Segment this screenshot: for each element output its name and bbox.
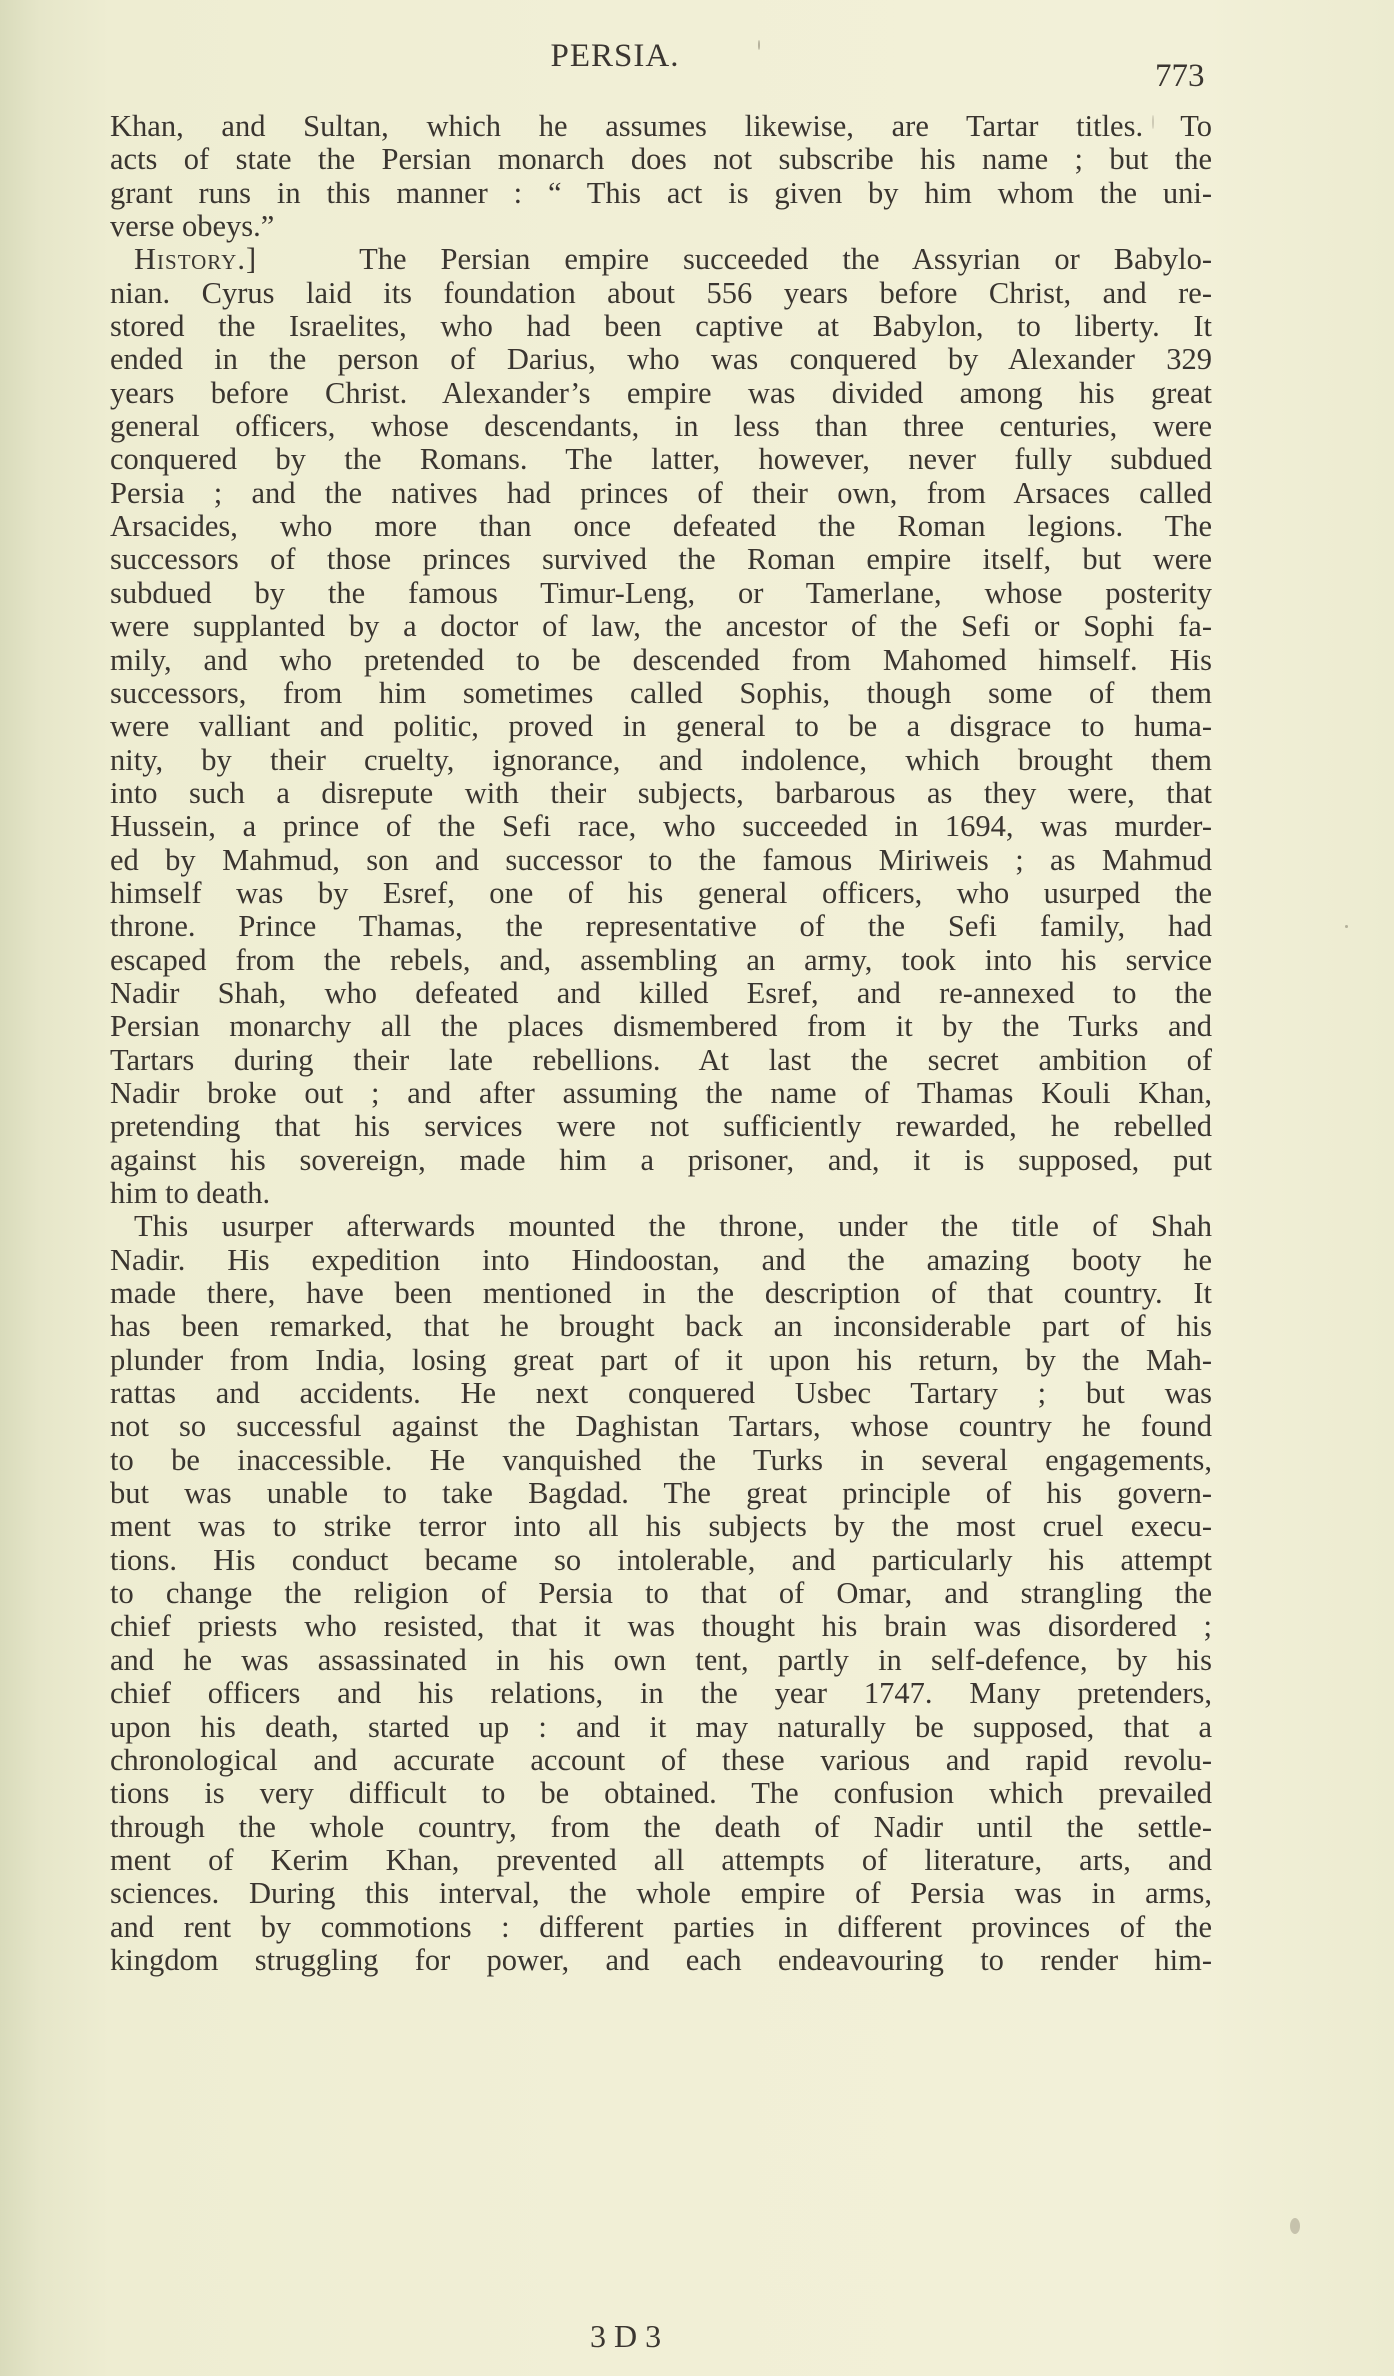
paragraph-3: This usurper afterwards mounted the thro… [110, 1210, 1212, 1977]
text-line: ment of Kerim Khan, prevented all attemp… [110, 1844, 1212, 1877]
text-line: acts of state the Persian monarch does n… [110, 143, 1212, 176]
text-line: years before Christ. Alexander’s empire … [110, 377, 1212, 410]
text-line: kingdom struggling for power, and each e… [110, 1944, 1212, 1977]
text-line: into such a disrepute with their subject… [110, 777, 1212, 810]
text-line: Nadir broke out ; and after assuming the… [110, 1077, 1212, 1110]
running-head-title: PERSIA. [540, 38, 690, 75]
text-line: ended in the person of Darius, who was c… [110, 343, 1212, 376]
paper-speck [1152, 115, 1154, 129]
page-number: 773 [1155, 58, 1205, 95]
paper-speck [1290, 2218, 1300, 2234]
text-line: Nadir Shah, who defeated and killed Esre… [110, 977, 1212, 1010]
text-line: were valliant and politic, proved in gen… [110, 710, 1212, 743]
signature-mark: 3 D 3 [590, 2318, 661, 2355]
text-line: were supplanted by a doctor of law, the … [110, 610, 1212, 643]
text-line: The Persian empire succeeded the Assyria… [359, 242, 1212, 276]
text-line: Nadir. His expedition into Hindoostan, a… [110, 1244, 1212, 1277]
text-line: nian. Cyrus laid its foundation about 55… [110, 277, 1212, 310]
text-line: plunder from India, losing great part of… [110, 1344, 1212, 1377]
text-line: not so successful against the Daghistan … [110, 1410, 1212, 1443]
paragraph-history: History.] The Persian empire succeeded t… [110, 243, 1212, 1210]
text-line: chief priests who resisted, that it was … [110, 1610, 1212, 1643]
text-line: Khan, and Sultan, which he assumes likew… [110, 110, 1212, 143]
text-line: chief officers and his relations, in the… [110, 1677, 1212, 1710]
text-line: ment was to strike terror into all his s… [110, 1510, 1212, 1543]
text-line: upon his death, started up : and it may … [110, 1711, 1212, 1744]
text-line: Tartars during their late rebellions. At… [110, 1044, 1212, 1077]
text-line: Persian monarchy all the places dismembe… [110, 1010, 1212, 1043]
text-line: tions. His conduct became so intolerable… [110, 1544, 1212, 1577]
text-line: but was unable to take Bagdad. The great… [110, 1477, 1212, 1510]
text-line: mily, and who pretended to be descended … [110, 644, 1212, 677]
text-line: general officers, whose descendants, in … [110, 410, 1212, 443]
text-line: Arsacides, who more than once defeated t… [110, 510, 1212, 543]
text-line: This usurper afterwards mounted the thro… [110, 1210, 1212, 1243]
text-line: ed by Mahmud, son and successor to the f… [110, 844, 1212, 877]
paper-speck [758, 40, 760, 50]
text-line: to be inaccessible. He vanquished the Tu… [110, 1444, 1212, 1477]
text-line: through the whole country, from the deat… [110, 1811, 1212, 1844]
text-line: has been remarked, that he brought back … [110, 1310, 1212, 1343]
text-line: and rent by commotions : different parti… [110, 1911, 1212, 1944]
text-line: subdued by the famous Timur-Leng, or Tam… [110, 577, 1212, 610]
text-line: against his sovereign, made him a prison… [110, 1144, 1212, 1177]
book-page: PERSIA. 773 Khan, and Sultan, which he a… [0, 0, 1394, 2376]
text-line: escaped from the rebels, and, assembling… [110, 944, 1212, 977]
text-line: stored the Israelites, who had been capt… [110, 310, 1212, 343]
text-line: successors of those princes survived the… [110, 543, 1212, 576]
text-line: made there, have been mentioned in the d… [110, 1277, 1212, 1310]
text-line: sciences. During this interval, the whol… [110, 1877, 1212, 1910]
text-line: verse obeys.” [110, 210, 1212, 243]
body-text: Khan, and Sultan, which he assumes likew… [110, 110, 1212, 1977]
text-line: conquered by the Romans. The latter, how… [110, 443, 1212, 476]
paper-speck [1345, 925, 1348, 928]
text-line: himself was by Esref, one of his general… [110, 877, 1212, 910]
text-line: rattas and accidents. He next conquered … [110, 1377, 1212, 1410]
text-line: grant runs in this manner : “ This act i… [110, 177, 1212, 210]
text-line-with-heading: History.] The Persian empire succeeded t… [110, 243, 1212, 276]
text-line: pretending that his services were not su… [110, 1110, 1212, 1143]
text-line: successors, from him sometimes called So… [110, 677, 1212, 710]
text-line: Hussein, a prince of the Sefi race, who … [110, 810, 1212, 843]
text-line: and he was assassinated in his own tent,… [110, 1644, 1212, 1677]
paragraph-1: Khan, and Sultan, which he assumes likew… [110, 110, 1212, 243]
text-line: tions is very difficult to be obtained. … [110, 1777, 1212, 1810]
text-line: Persia ; and the natives had princes of … [110, 477, 1212, 510]
text-line: him to death. [110, 1177, 1212, 1210]
text-line: chronological and accurate account of th… [110, 1744, 1212, 1777]
text-line: nity, by their cruelty, ignorance, and i… [110, 744, 1212, 777]
text-line: throne. Prince Thamas, the representativ… [110, 910, 1212, 943]
text-line: to change the religion of Persia to that… [110, 1577, 1212, 1610]
section-heading-history: History.] [134, 242, 257, 276]
